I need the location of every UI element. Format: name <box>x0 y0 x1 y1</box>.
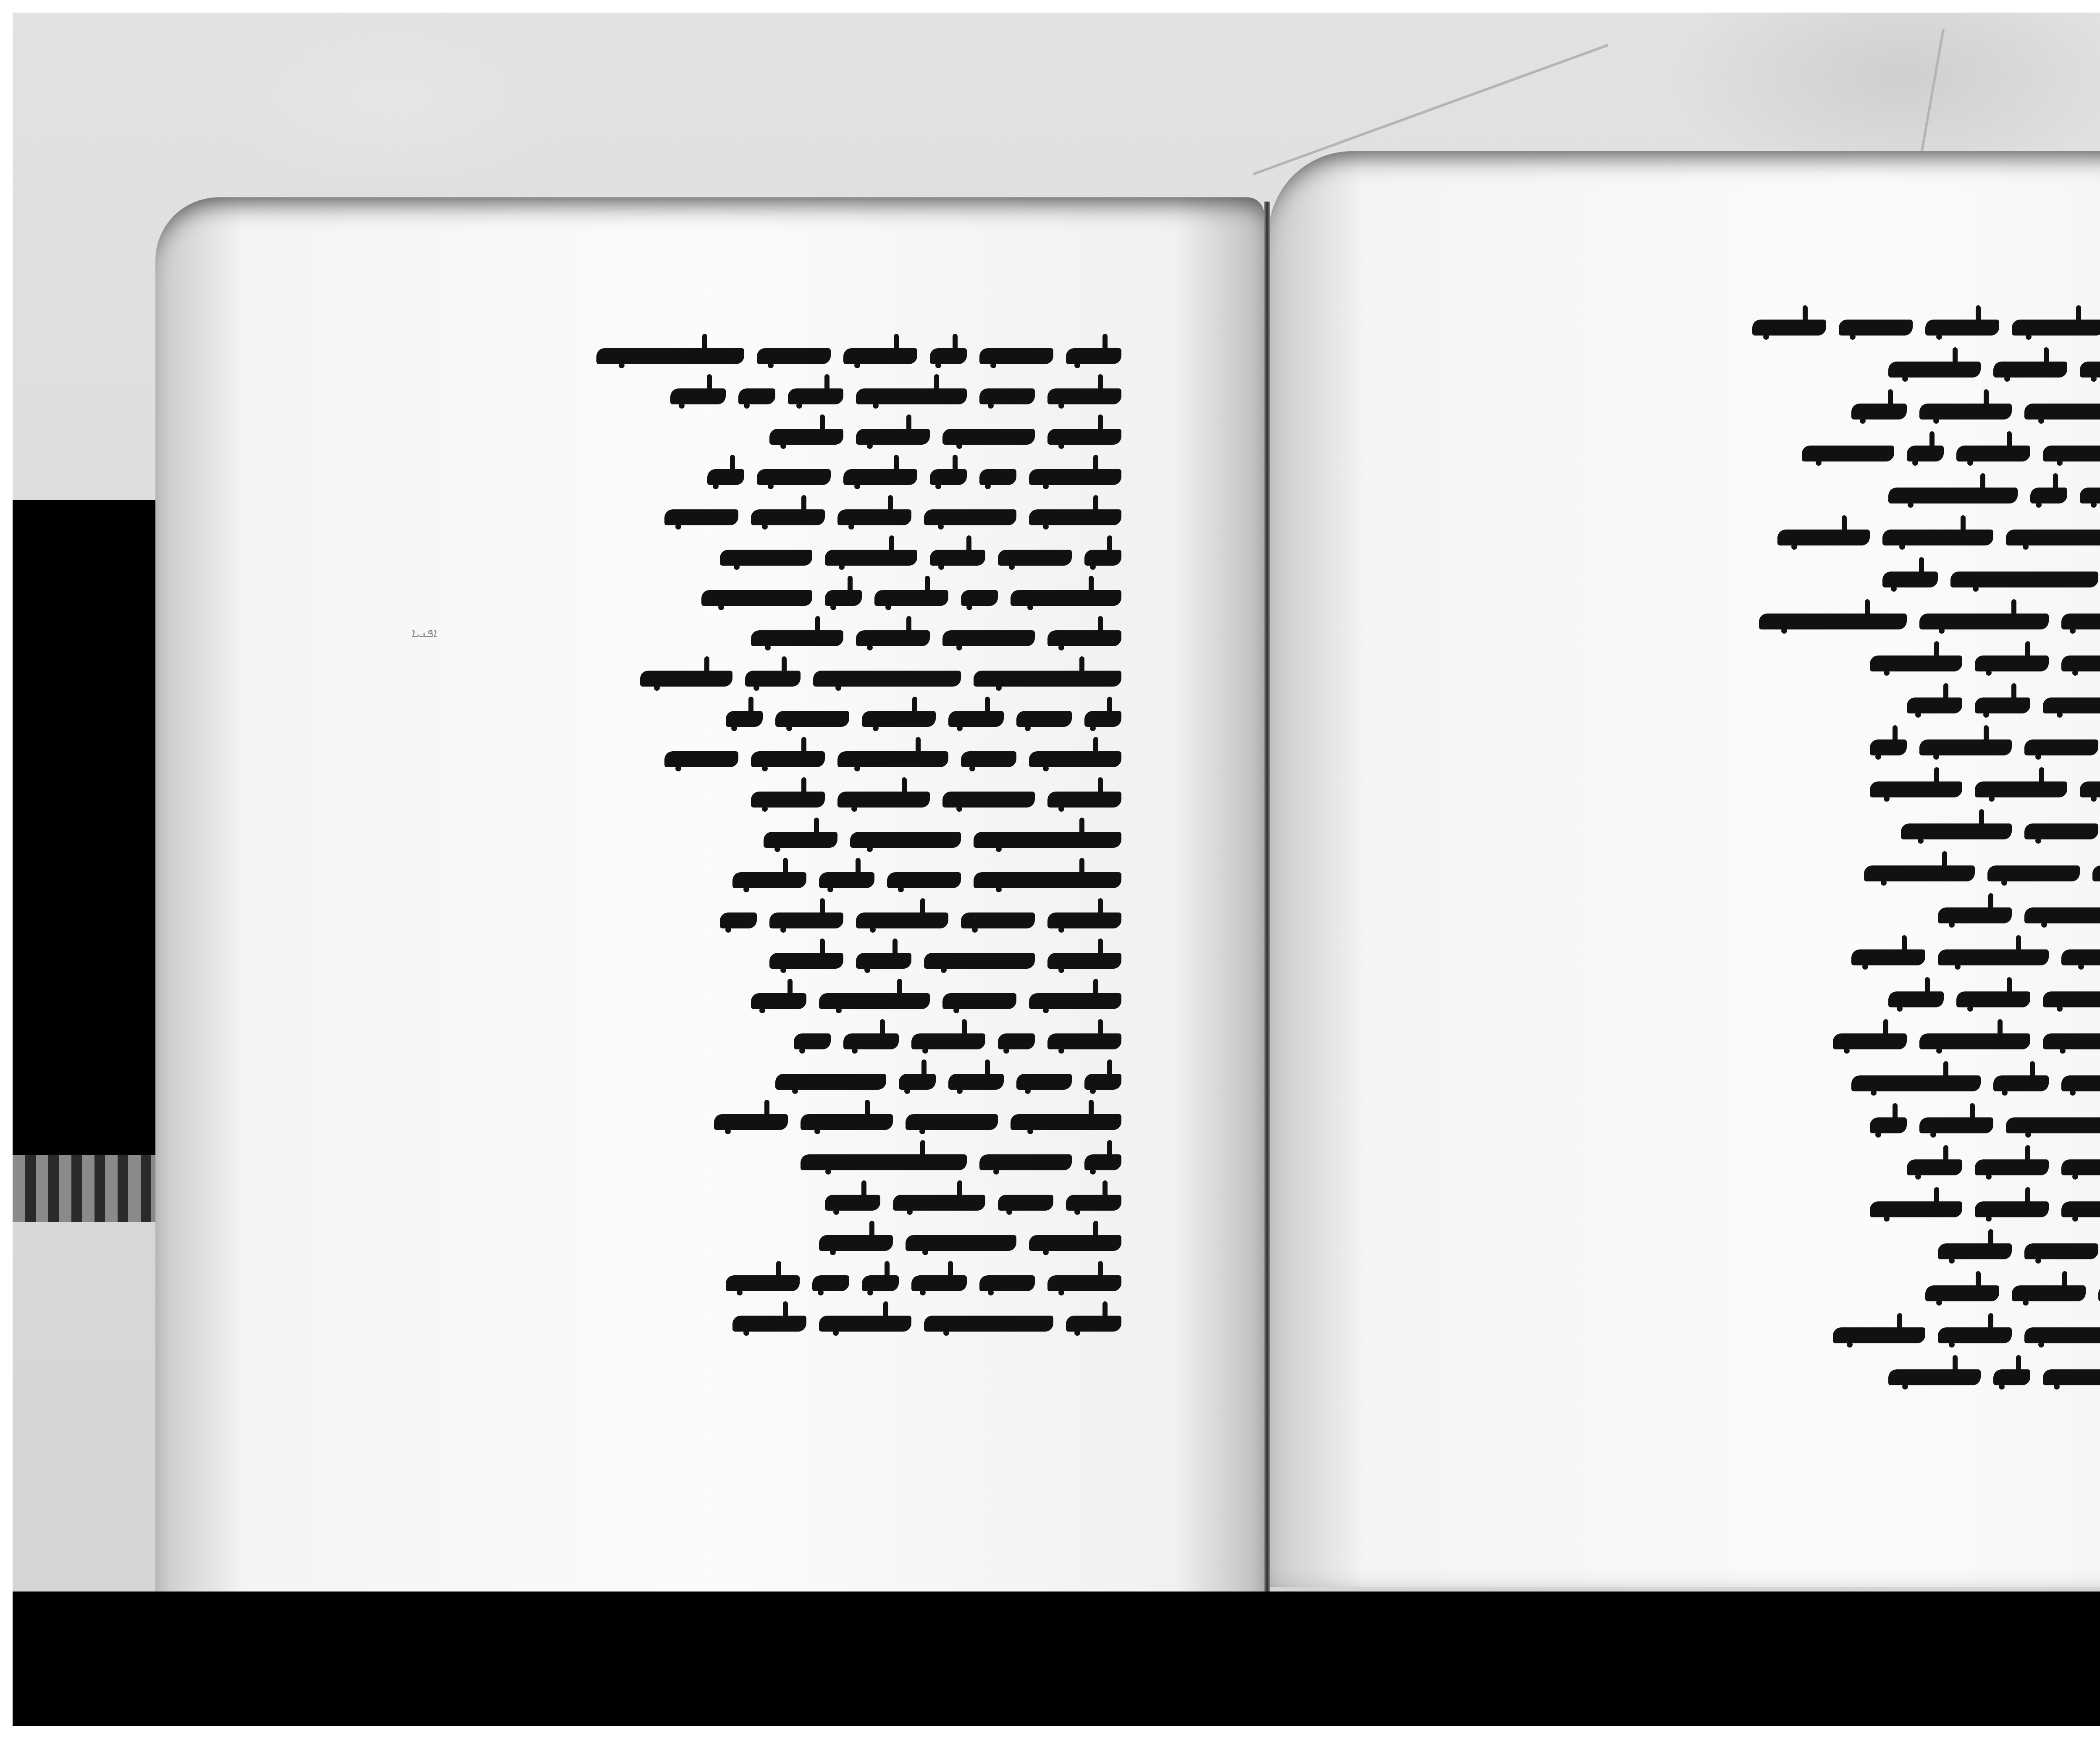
ink-word <box>1993 1075 2049 1091</box>
ink-word <box>751 630 843 646</box>
ink-word <box>2024 739 2098 755</box>
ink-word <box>769 429 843 445</box>
ink-word <box>942 429 1035 445</box>
manuscript-line: ܗܝܕܝܢ ܦܬܚ ܪܥܝܢܗܘܢ ܕܢܣܬܟܠܘܢ <box>1407 600 2100 642</box>
manuscript-line: ܫܪܒܬܐ ܕܠܐ ܡܗܝܡܢܐ ܥܕܡܐ ܐܡܬܝ <box>433 739 1121 779</box>
manuscript-line: ܐܬܦܪܫ ܡܢܗܘܢ ܘܣܠܩ ܠܫܡܝܐ <box>1407 1314 2100 1356</box>
ink-word <box>998 550 1072 566</box>
ink-word <box>1047 953 1121 969</box>
right-page-text-block: ܐܝܟ ܡܐ ܕܟܬܝܒ ܒܗܘܢ ܕܐܡܪ ܠܗܘܢܐܝܟ ܕܐܡܪ ܠܗܘܢ… <box>1407 307 2100 1398</box>
ink-word <box>1956 991 2030 1007</box>
manuscript-line: ܒܝܬ ܡܝܬܐ ܠܝܘܡܐ ܕܬܠܬܐ <box>1407 768 2100 810</box>
ink-word <box>1919 614 2049 629</box>
photo-frame: Ind. et nad. ... Apostle lectd 20.21 317… <box>13 13 2100 1726</box>
ink-word <box>1907 1159 1962 1175</box>
left-page-text-block: ܘܡܐ ܕܢܚܬ ܡܢ ܛܘܪܐ ܢܦܩܘ ܠܘܩܕܡܘܗܝܘܟܠܗ ܥܡܐ ܐ… <box>433 336 1121 1344</box>
manuscript-line: ܗܠܝܢ ܕܐܡܪܬ ܠܟܘܢ ܟܕ ܥܡܟܘܢ <box>1407 433 2100 475</box>
manuscript-line-text: ܟܠܗܝܢ ܕܟܬܝܒܢ ܒܢܡܘܣܗ ܕܡܘܫܐ <box>1407 517 2100 558</box>
ink-word <box>1029 993 1121 1009</box>
ink-word <box>899 1074 936 1090</box>
ink-word <box>2024 1243 2098 1259</box>
ink-word <box>751 792 825 808</box>
ink-word <box>1888 488 2018 503</box>
ink-word <box>1066 1316 1121 1332</box>
manuscript-line: ܘܗܢܘܢ ܣܓܕܘ ܠܗ ܘܗܦܟܘ <box>1407 1356 2100 1398</box>
ink-word <box>961 590 998 606</box>
ink-word <box>979 388 1035 404</box>
ink-word <box>1016 1074 1072 1090</box>
ink-word <box>2061 1159 2100 1175</box>
ink-word <box>1084 1074 1121 1090</box>
manuscript-line: ܡܠܦܢܐ ܐܝܬܝܬ ܠܒܪܝ ܠܘܬܟ ܕܐܝܬ <box>433 497 1121 538</box>
manuscript-line: ܝܫܘܥ ܕܝܢ ܐܡܪ ܠܗ ܐܢ ܡܫܟܚ <box>433 1263 1121 1303</box>
manuscript-line: ܡܫܝܚܐ ܒܝܘܡܐ ܕܬܠܬܐ ܐܡܪ <box>1407 391 2100 433</box>
ink-word <box>819 872 874 888</box>
manuscript-line: ܗܘ ܕܝܢ ܥܢܐ ܘܐܡܪ ܠܗܘܢ ܐܘ <box>433 699 1121 739</box>
ink-word <box>1919 404 2012 420</box>
ink-word <box>825 1195 880 1211</box>
ink-word <box>2024 404 2100 420</box>
ink-word <box>1047 912 1121 928</box>
ink-word <box>751 993 806 1009</box>
ink-word <box>2061 1075 2100 1091</box>
manuscript-line-text: ܥܕܪܝܢ ܘܐܬܪܚܡ ܥܠܝܢ <box>433 1223 1121 1263</box>
ink-word <box>1993 1369 2030 1385</box>
ink-word <box>1975 655 2049 671</box>
ink-word <box>801 1114 893 1130</box>
ink-word <box>1882 530 1993 545</box>
ink-word <box>979 1275 1035 1291</box>
ink-word <box>2043 991 2100 1007</box>
ink-word <box>1901 823 2012 839</box>
ink-word <box>1975 697 2030 713</box>
ink-word <box>1016 711 1072 727</box>
ink-word <box>837 509 911 525</box>
ink-word <box>887 872 961 888</box>
ink-word <box>1925 1285 1999 1301</box>
ink-word <box>942 792 1035 808</box>
ink-word <box>837 792 930 808</box>
ink-word <box>2006 1117 2100 1133</box>
ink-word <box>1907 697 1962 713</box>
manuscript-line: ܕܡܕܪܟܐ ܠܗ ܫܕܝܐ ܠܗ ܘܡܪܥܡܐ <box>433 578 1121 618</box>
ink-word <box>961 751 1016 767</box>
ink-word <box>1029 469 1121 485</box>
manuscript-line: ܘܗܘܐ ܟܕ ܡܒܪܟ ܠܗܘܢ <box>1407 1272 2100 1314</box>
ink-word <box>751 751 825 767</box>
manuscript-line: ܟܬܝܒ ܘܗܟܢܐ ܘܠܐ ܗܘܐ <box>1407 684 2100 726</box>
ink-word <box>1802 446 1894 461</box>
ink-word <box>2024 823 2098 839</box>
ink-word <box>775 711 849 727</box>
ink-word <box>788 388 843 404</box>
ink-word <box>1870 1201 1962 1217</box>
ink-word <box>948 711 1004 727</box>
manuscript-line: ܠܫܘܒܩܢܐ ܕܚܛܗܐ ܒܟܠܗܘܢ <box>1407 852 2100 894</box>
book-gutter <box>1264 202 1270 1596</box>
ink-word <box>1864 865 1975 881</box>
ink-word <box>664 509 738 525</box>
dark-background-bottom <box>13 1592 2100 1726</box>
ink-word <box>906 1235 1016 1251</box>
ink-word <box>2080 362 2100 378</box>
ink-word <box>751 509 825 525</box>
ink-word <box>2012 320 2100 336</box>
manuscript-line: ܪܘܡܐ ܘܐܦܩ ܐܢܘܢ ܠܒܪ <box>1407 1146 2100 1188</box>
ink-word <box>856 912 948 928</box>
ink-word <box>1066 348 1121 364</box>
ink-word <box>924 953 1035 969</box>
ink-word <box>596 348 744 364</box>
ink-word <box>1870 1117 1907 1133</box>
ink-word <box>1956 446 2030 461</box>
manuscript-line: ܘܡܐ ܕܢܚܬ ܡܢ ܛܘܪܐ ܢܦܩܘ ܠܘܩܕܡܘܗܝ <box>433 336 1121 376</box>
ink-word <box>979 348 1053 364</box>
ink-word <box>714 1114 788 1130</box>
ink-word <box>1987 865 2080 881</box>
manuscript-line: ܐܠܐ ܡܕܡ ܕܡܫܟܚ ܐܢܬ <box>433 1183 1121 1223</box>
ink-word <box>813 671 961 687</box>
ink-word <box>2024 1327 2100 1343</box>
ink-word <box>701 590 812 606</box>
ink-word <box>942 630 1035 646</box>
ink-word <box>1919 1033 2030 1049</box>
ink-word <box>769 912 843 928</box>
ink-word <box>2024 907 2100 923</box>
ink-word <box>850 832 961 848</box>
manuscript-line: ܙܒܢܐ ܡܢ ܕܗܢܐ ܗܘܐ ܠܗ <box>433 1021 1121 1062</box>
manuscript-line: ܘܐܝܬܝܘܗܝ ܠܘܬܗ ܘܟܕ ܚܙܝܗ <box>433 860 1121 900</box>
manuscript-line: ܐܗܘܐ ܥܡܟܘܢ ܘܥܕܡܐ ܐܡܬܝ <box>433 779 1121 820</box>
ink-word <box>1907 446 1944 461</box>
ink-word <box>874 590 948 606</box>
ink-word <box>732 872 806 888</box>
ink-word <box>1011 1114 1121 1130</box>
manuscript-line: ܘܙܒܢܝܢ ܣܓܝܐܢ ܒܢܘܪܐ ܪܡܝܐ <box>433 1102 1121 1142</box>
manuscript-line: ܠܗ ܘܒܡܝܐ ܕܢܘܒܕܝܘܗܝ <box>433 1142 1121 1183</box>
manuscript-line: ܘܫܐܠܗ ܝܫܘܥ ܠܐܒܘܗܝ ܟܡܐ <box>433 981 1121 1021</box>
ink-word <box>974 671 1121 687</box>
ink-word <box>1888 991 1944 1007</box>
manuscript-line: ܐܢܬܘܢ ܕܝܢ ܗܘܘ ܒܐܘܪܫܠܡ <box>1407 1062 2100 1104</box>
manuscript-line: ܗܘ ܕܝܢ ܐܡܪ ܡܢ ܛܠܝܘܬܗ <box>433 1062 1121 1102</box>
ink-word <box>998 1195 1053 1211</box>
ink-word <box>906 1114 998 1130</box>
manuscript-line: ܐܪܥܐ ܘܡܬܥܓܠ ܗܘܐ ܘܡܪܩ <box>433 941 1121 981</box>
ink-word <box>2061 614 2100 629</box>
ink-word <box>843 469 917 485</box>
ink-word <box>757 348 831 364</box>
manuscript-line: ܥܡܡܐ ܘܫܘܪܝܐ ܢܗܘܐ <box>1407 894 2100 936</box>
ink-word <box>720 912 757 928</box>
ink-word <box>2043 697 2100 713</box>
ink-word <box>2043 446 2100 461</box>
manuscript-line: ܡܢ ܐܘܪܫܠܡ ܘܐܢܬܘܢ ܐܢܘܢ <box>1407 936 2100 978</box>
open-manuscript: ܐܦܢܝܐ ⁘ ܩܪܝܢܐ ܕܫܠܝܚܐ ܐܬܡܗܡܝܢܐ ܘܡܐ ܕܢܚܬ ܡ… <box>155 151 2100 1600</box>
ink-word <box>1919 739 2012 755</box>
ink-word <box>1084 550 1121 566</box>
ink-word <box>911 1033 985 1049</box>
ink-word <box>974 832 1121 848</box>
manuscript-line: ܐܝܕܘܗܝ ܘܒܪܟ ܐܢܘܢ <box>1407 1230 2100 1272</box>
manuscript-line: ܠܡܫܝܚܐ ܕܢܚܫ ܘܢܩܘܡ ܡܢ <box>1407 726 2100 768</box>
ink-word <box>1938 1243 2012 1259</box>
ink-word <box>732 1316 806 1332</box>
manuscript-line: ܐܢܬ ܠܡܗܝܡܢܘ ܟܠܡܕܡ ܡܫܟܚ <box>433 1303 1121 1344</box>
ink-word <box>2043 1033 2100 1049</box>
ink-word <box>1011 590 1121 606</box>
ink-word <box>1888 362 1981 378</box>
ink-word <box>825 550 917 566</box>
ink-word <box>843 1033 899 1049</box>
ink-word <box>1870 781 1962 797</box>
ink-word <box>1919 1117 1993 1133</box>
ink-word <box>1851 404 1907 420</box>
manuscript-line: ܠܬܠܡܝܕܝܟ ܕܢܦܩܘܢܝܗ ܘܠܐ ܐܫܟܚܘ <box>433 658 1121 699</box>
ink-word <box>1752 320 1826 336</box>
manuscript-line: ܐܝܟ ܡܐ ܕܟܬܝܒ ܒܗܘܢ ܕܐܡܪ ܠܗܘܢ <box>1407 307 2100 349</box>
ink-word <box>2061 1201 2100 1217</box>
ink-word <box>757 469 831 485</box>
ink-word <box>812 1275 849 1291</box>
manuscript-line: ܟܢܫܐ ܣܓܝܐܐ ܘܐܡܪ ܠܗܘܢ <box>433 417 1121 457</box>
ink-word <box>1993 362 2067 378</box>
manuscript-line: ܐܢܐ ܕܘܠܐ ܗܘ ܕܢܫܬܡܠܐ <box>1407 475 2100 517</box>
ink-word <box>1888 1369 1981 1385</box>
adjacent-book-left <box>13 500 164 1214</box>
ink-word <box>862 1275 899 1291</box>
manuscript-line-text: ܥܕܡܐ ܕܬܠܒܫܘܢ ܚܝܠܐ ܡܢ <box>1407 1104 2100 1146</box>
ink-word <box>974 872 1121 888</box>
ink-word <box>726 711 763 727</box>
manuscript-line: ܘܡܪܩ ܫܢܘܗܝ ܘܝܒܫ ܘܐܡܪܬ <box>433 618 1121 658</box>
ink-word <box>1851 949 1925 965</box>
ink-word <box>1066 1195 1121 1211</box>
manuscript-line: ܐܣܝܒܪܟܘܢ ܐܝܬܘܗܝ ܠܘܬܝ <box>433 820 1121 860</box>
ink-word <box>720 550 812 566</box>
ink-word <box>2006 530 2100 545</box>
ink-word <box>1925 320 1999 336</box>
ink-word <box>1084 711 1121 727</box>
ink-word <box>664 751 738 767</box>
ink-word <box>961 912 1035 928</box>
ink-word <box>775 1074 886 1090</box>
ink-word <box>819 1316 911 1332</box>
ink-word <box>930 469 967 485</box>
ink-word <box>1882 572 1938 587</box>
ink-word <box>856 429 930 445</box>
ink-word <box>1851 1075 1981 1091</box>
ink-word <box>1839 320 1913 336</box>
ink-word <box>1029 751 1121 767</box>
ink-word <box>1950 572 2098 587</box>
ink-word <box>764 832 837 848</box>
manuscript-line: ܘܟܠܗ ܥܡܐ ܐܬܒܗܠܘ ܗܘܘ ܟܕ ܚܙܘ <box>433 376 1121 417</box>
manuscript-line: ܟܠܗܝܢ ܕܟܬܝܒܢ ܒܢܡܘܣܗ ܕܡܘܫܐ <box>1407 517 2100 558</box>
ink-word <box>1975 1159 2049 1175</box>
ink-word <box>979 1154 1072 1170</box>
manuscript-line: ܐܢܐ ܥܠܝܟܘܢ ܫܘܘܕܝܐ ܕܐܒܝ <box>1407 1020 2100 1062</box>
ink-word <box>1833 1033 1907 1049</box>
ink-word <box>1975 781 2067 797</box>
manuscript-line: ܪܘܚܐ ܡܚܕܐ ܫܓܫܬܗ ܘܢܦܠ ܥܠ <box>433 900 1121 941</box>
ink-word <box>856 953 911 969</box>
ink-word <box>1047 429 1121 445</box>
manuscript-line: ܥܕܡܐ ܕܬܠܒܫܘܢ ܚܝܠܐ ܡܢ <box>1407 1104 2100 1146</box>
ink-word <box>769 953 843 969</box>
ink-word <box>819 1235 893 1251</box>
ink-word <box>1029 1235 1121 1251</box>
ink-word <box>1975 1201 2049 1217</box>
ink-word <box>2061 949 2100 965</box>
ink-word <box>843 348 917 364</box>
ink-word <box>1047 630 1121 646</box>
ink-word <box>670 388 726 404</box>
manuscript-line: ܘܫܐܠܗ ܚܕ ܡܢ ܟܢܫܐ ܘܐܡܪ ܠܗ <box>433 457 1121 497</box>
ink-word <box>1047 792 1121 808</box>
manuscript-line: ܣܗܕܐ ܕܗܠܝܢ ܘܐܢܐ ܫܕܪ <box>1407 978 2100 1020</box>
manuscript-line: ܘܒܢܒܝܐ ܘܒܡܙܡܘܪܐ ܥܠܝ <box>1407 558 2100 600</box>
ink-word <box>930 550 985 566</box>
manuscript-line: ܐܝܟ ܕܐܡܪ ܠܗܘܢ ܡܠܐܟܐ <box>1407 349 2100 391</box>
ink-word <box>819 993 930 1009</box>
ink-word <box>948 1074 1004 1090</box>
ink-word <box>979 469 1016 485</box>
ink-word <box>794 1033 831 1049</box>
ink-word <box>1870 739 1907 755</box>
ink-word <box>2030 488 2067 503</box>
manuscript-line: ܘܢܬܟܪܙ ܒܫܡܗ ܬܝܒܘܬܐ <box>1407 810 2100 852</box>
ink-word <box>2080 488 2100 503</box>
ink-word <box>2080 781 2100 797</box>
ink-word <box>911 1275 967 1291</box>
ink-word <box>825 590 862 606</box>
ink-word <box>738 388 775 404</box>
ink-word <box>1047 388 1121 404</box>
ink-word <box>1833 1327 1925 1343</box>
ink-word <box>640 671 732 687</box>
ink-word <box>893 1195 985 1211</box>
ink-word <box>1084 1154 1121 1170</box>
ink-word <box>924 509 1016 525</box>
manuscript-line: ܥܕܪܝܢ ܘܐܬܪܚܡ ܥܠܝܢ <box>433 1223 1121 1263</box>
ink-word <box>1777 530 1870 545</box>
ink-word <box>707 469 744 485</box>
ink-word <box>1029 509 1121 525</box>
ink-word <box>726 1275 800 1291</box>
ink-word <box>856 388 967 404</box>
ink-word <box>2012 1285 2086 1301</box>
ink-word <box>1938 1327 2012 1343</box>
ink-word <box>1759 614 1907 629</box>
ink-word <box>924 1316 1053 1332</box>
manuscript-line: ܟܬܒܐ ܘܐܡܪ ܠܗܘܢ ܕܗܟܢܐ <box>1407 642 2100 684</box>
ink-word <box>998 1033 1035 1049</box>
ink-word <box>942 993 1016 1009</box>
ink-word <box>1938 907 2012 923</box>
ink-word <box>862 711 936 727</box>
ink-word <box>745 671 801 687</box>
manuscript-line: ܥܕܡܐ ܠܒܝܬ ܥܢܝܐ ܘܐܪܝܡ <box>1407 1188 2100 1230</box>
manuscript-line: ܠܗ ܪܘܚܐ ܕܠܐ ܡܡܠܠܐ ܘܐܝܟܐ <box>433 538 1121 578</box>
ink-word <box>1870 655 1962 671</box>
ink-word <box>837 751 948 767</box>
ink-word <box>1047 1275 1121 1291</box>
ink-word <box>1047 1033 1121 1049</box>
ink-word <box>1938 949 2049 965</box>
ink-word <box>856 630 930 646</box>
ink-word <box>930 348 967 364</box>
ink-word <box>801 1154 967 1170</box>
ink-word <box>2043 1369 2100 1385</box>
ink-word <box>2061 655 2100 671</box>
